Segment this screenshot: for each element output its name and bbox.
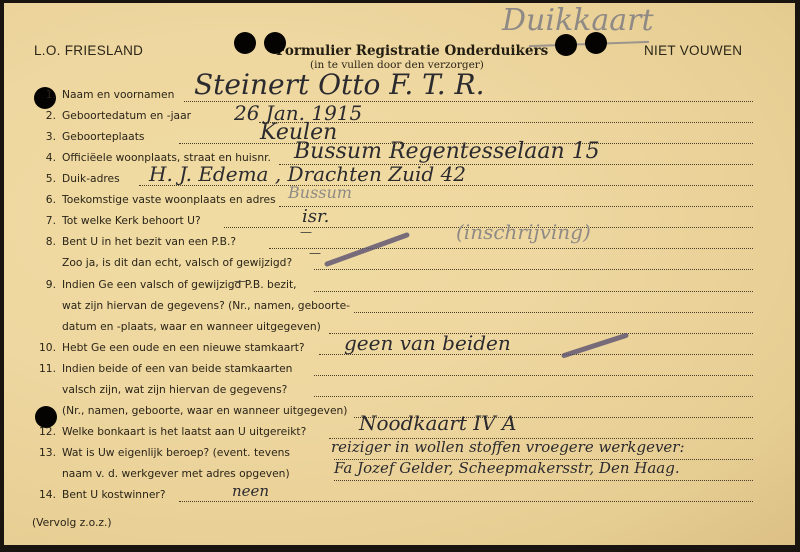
form-field-row: 5.Duik-adresH. J. Edema , Drachten Zuid …: [4, 172, 795, 190]
punch-hole: [264, 32, 286, 54]
form-field-row: naam v. d. werkgever met adres opgeven)F…: [4, 467, 795, 485]
field-label: Naam en voornamen: [62, 88, 174, 101]
handwritten-value: neen: [232, 482, 269, 500]
field-label: Geboorteplaats: [62, 130, 145, 143]
pencil-note-duikkaart: Duikkaart: [502, 3, 654, 38]
form-field-row: 10.Hebt Ge een oude en een nieuwe stamka…: [4, 341, 795, 359]
form-field-row: 1.Naam en voornamenSteinert Otto F. T. R…: [4, 88, 795, 106]
handwritten-value: geen van beiden: [344, 331, 511, 355]
field-label: Duik-adres: [62, 172, 120, 185]
dotted-line: [354, 312, 753, 313]
field-number: 7.: [36, 214, 56, 227]
form-field-row: wat zijn hiervan de gegevens? (Nr., name…: [4, 299, 795, 317]
form-field-row: 6.Toekomstige vaste woonplaats en adresB…: [4, 193, 795, 211]
field-label: Toekomstige vaste woonplaats en adres: [62, 193, 276, 206]
field-label: valsch zijn, wat zijn hiervan de gegeven…: [62, 383, 287, 396]
field-label: Tot welke Kerk behoort U?: [62, 214, 201, 227]
field-number: 8.: [36, 235, 56, 248]
field-number: 10.: [36, 341, 56, 354]
handwritten-value: reiziger in wollen stoffen vroegere werk…: [331, 438, 685, 456]
do-not-fold-label: NIET VOUWEN: [644, 43, 742, 58]
field-label: wat zijn hiervan de gegevens? (Nr., name…: [62, 299, 350, 312]
form-field-row: 7.Tot welke Kerk behoort U?isr.: [4, 214, 795, 232]
form-field-row: 2.Geboortedatum en -jaar26 Jan. 1915: [4, 109, 795, 127]
dotted-line: [314, 396, 753, 397]
field-number: 13.: [36, 446, 56, 459]
handwritten-value: Noodkaart IV A: [359, 411, 516, 435]
field-label: Indien beide of een van beide stamkaarte…: [62, 362, 292, 375]
handwritten-value: Bussum Regentesselaan 15: [294, 139, 600, 164]
handwritten-value: Steinert Otto F. T. R.: [194, 68, 485, 101]
field-label: (Nr., namen, geboorte, waar en wanneer u…: [62, 404, 347, 417]
form-field-row: Zoo ja, is dit dan echt, valsch of gewij…: [4, 256, 795, 274]
field-number: 9.: [36, 278, 56, 291]
field-label: datum en -plaats, waar en wanneer uitgeg…: [62, 320, 321, 333]
field-label: Zoo ja, is dit dan echt, valsch of gewij…: [62, 256, 292, 269]
field-label: Bent U kostwinner?: [62, 488, 166, 501]
handwritten-value: Bussum: [288, 183, 352, 202]
field-label: Welke bonkaart is het laatst aan U uitge…: [62, 425, 306, 438]
handwritten-value: —: [309, 246, 321, 260]
field-number: 14.: [36, 488, 56, 501]
handwritten-value: Fa Jozef Gelder, Scheepmakersstr, Den Ha…: [334, 459, 680, 477]
form-field-row: 11.Indien beide of een van beide stamkaa…: [4, 362, 795, 380]
field-label: Indien Ge een valsch of gewijzigd P.B. b…: [62, 278, 297, 291]
field-number: 4.: [36, 151, 56, 164]
org-label: L.O. FRIESLAND: [34, 43, 143, 58]
continued-overleaf: (Vervolg z.o.z.): [32, 516, 112, 529]
handwritten-value: —: [234, 274, 246, 288]
field-label: Bent U in het bezit van een P.B.?: [62, 235, 236, 248]
dotted-line: [314, 269, 753, 270]
dotted-line: [269, 248, 753, 249]
dotted-line: [314, 291, 753, 292]
field-number: 5.: [36, 172, 56, 185]
punch-hole: [585, 32, 607, 54]
field-number: 2.: [36, 109, 56, 122]
punch-hole: [234, 32, 256, 54]
field-number: 12.: [36, 425, 56, 438]
form-title: Formulier Registratie Onderduikers: [276, 43, 548, 59]
field-number: 6.: [36, 193, 56, 206]
field-label: naam v. d. werkgever met adres opgeven): [62, 467, 290, 480]
field-label: Geboortedatum en -jaar: [62, 109, 191, 122]
form-field-row: 14.Bent U kostwinner?neen: [4, 488, 795, 506]
form-field-row: valsch zijn, wat zijn hiervan de gegeven…: [4, 383, 795, 401]
pencil-note: (inschrijving): [456, 220, 591, 244]
field-label: Hebt Ge een oude en een nieuwe stamkaart…: [62, 341, 305, 354]
handwritten-value: —: [300, 225, 312, 239]
dotted-line: [279, 206, 753, 207]
field-number: 11.: [36, 362, 56, 375]
dotted-line: [314, 375, 753, 376]
dotted-line: [334, 480, 753, 481]
handwritten-value: isr.: [302, 206, 329, 227]
form-field-row: 9.Indien Ge een valsch of gewijzigd P.B.…: [4, 278, 795, 296]
field-number: 3.: [36, 130, 56, 143]
punch-hole: [555, 34, 577, 56]
field-number: 1.: [36, 88, 56, 101]
dotted-line: [179, 501, 753, 502]
registration-card: L.O. FRIESLAND Formulier Registratie Ond…: [4, 3, 795, 545]
field-label: Wat is Uw eigenlijk beroep? (event. teve…: [62, 446, 290, 459]
